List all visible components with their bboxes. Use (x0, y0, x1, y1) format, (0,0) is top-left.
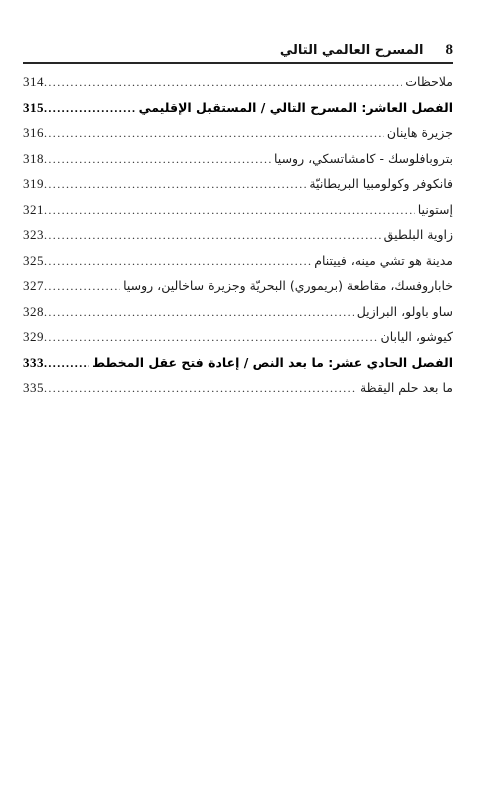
toc-leader-dots: ........................................… (44, 254, 311, 269)
toc-leader-dots: ........................................… (44, 228, 381, 243)
toc-leader-dots: ........................................… (44, 279, 120, 294)
toc-row: 333 ....................................… (23, 355, 453, 381)
toc-row: 321 ....................................… (23, 202, 453, 228)
toc-entry-page: 329 (23, 329, 44, 345)
toc-entry-title: جزيرة هاينان (387, 125, 453, 140)
toc-leader-dots: ........................................… (44, 356, 89, 371)
running-head-page-number: 8 (446, 42, 454, 59)
table-of-contents: 314 ....................................… (23, 74, 453, 406)
running-head: المسرح العالمي التالي 8 (23, 42, 453, 59)
toc-row: 335 ....................................… (23, 380, 453, 406)
toc-entry-title: بتروبافلوسك - كامشاتسكي، روسيا (274, 151, 453, 166)
toc-row: 315 ....................................… (23, 100, 453, 126)
toc-row: 327 ....................................… (23, 278, 453, 304)
toc-entry-page: 314 (23, 74, 44, 90)
toc-leader-dots: ........................................… (44, 177, 306, 192)
toc-row: 319 ....................................… (23, 176, 453, 202)
toc-entry-page: 316 (23, 125, 44, 141)
toc-entry-title: مدينة هو تشي مينه، فييتنام (314, 253, 453, 268)
toc-entry-page: 327 (23, 278, 44, 294)
toc-row: 323 ....................................… (23, 227, 453, 253)
toc-entry-title: فانكوفر وكولومبيا البريطانيّة (309, 176, 453, 191)
toc-leader-dots: ........................................… (44, 101, 136, 116)
toc-entry-title: ساو باولو، البرازيل (357, 304, 453, 319)
toc-leader-dots: ........................................… (44, 381, 357, 396)
toc-row: 329 ....................................… (23, 329, 453, 355)
toc-entry-title: كيوشو، اليابان (381, 329, 453, 344)
toc-entry-title: ما بعد حلم اليقظة (360, 380, 453, 395)
toc-entry-page: 335 (23, 380, 44, 396)
toc-entry-title: ملاحظات (405, 74, 453, 89)
toc-row: 314 ....................................… (23, 74, 453, 100)
toc-leader-dots: ........................................… (44, 152, 271, 167)
toc-row: 318 ....................................… (23, 151, 453, 177)
toc-entry-title: زاوية البلطيق (384, 227, 453, 242)
toc-entry-page: 328 (23, 304, 44, 320)
toc-entry-page: 333 (23, 355, 44, 371)
toc-entry-title: خاباروفسك، مقاطعة (بريموري) البحريّة وجز… (123, 278, 453, 293)
toc-entry-title: الفصل العاشر: المسرح التالي / المستقبل ا… (139, 100, 453, 115)
toc-entry-title: إستونيا (418, 202, 453, 217)
toc-entry-page: 321 (23, 202, 44, 218)
toc-row: 316 ....................................… (23, 125, 453, 151)
book-page: المسرح العالمي التالي 8 314 ............… (0, 0, 500, 790)
toc-entry-title: الفصل الحادي عشر: ما بعد النص / إعادة فت… (92, 355, 453, 370)
header-rule (23, 62, 453, 64)
toc-entry-page: 318 (23, 151, 44, 167)
toc-leader-dots: ........................................… (44, 330, 378, 345)
toc-entry-page: 315 (23, 100, 44, 116)
toc-row: 328 ....................................… (23, 304, 453, 330)
toc-leader-dots: ........................................… (44, 203, 415, 218)
running-head-title: المسرح العالمي التالي (280, 43, 424, 58)
toc-entry-page: 325 (23, 253, 44, 269)
toc-entry-page: 323 (23, 227, 44, 243)
toc-leader-dots: ........................................… (44, 305, 354, 320)
toc-entry-page: 319 (23, 176, 44, 192)
toc-leader-dots: ........................................… (44, 126, 384, 141)
toc-row: 325 ....................................… (23, 253, 453, 279)
toc-leader-dots: ........................................… (44, 75, 402, 90)
